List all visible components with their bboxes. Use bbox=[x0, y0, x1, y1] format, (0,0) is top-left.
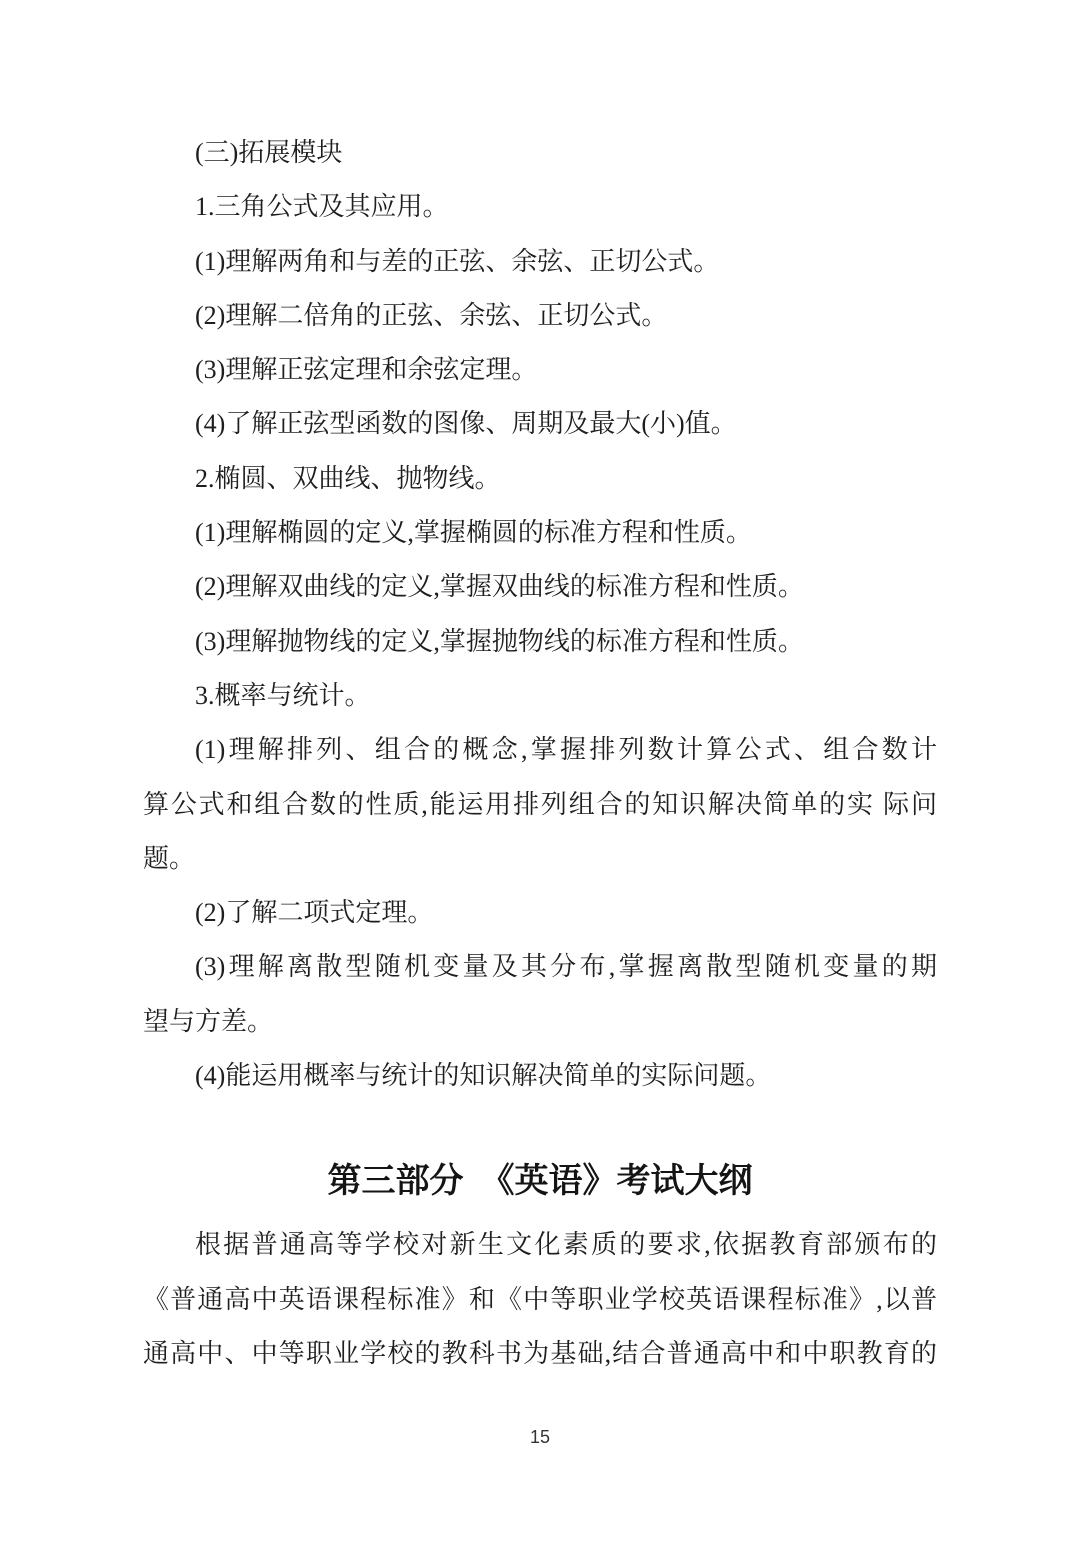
syllabus-line: 3.概率与统计。 bbox=[143, 669, 937, 723]
section-heading: 第三部分 《英语》考试大纲 bbox=[143, 1153, 937, 1209]
syllabus-line: (1)理解两角和与差的正弦、余弦、正切公式。 bbox=[143, 235, 937, 289]
syllabus-line: (4)能运用概率与统计的知识解决简单的实际问题。 bbox=[143, 1049, 937, 1103]
syllabus-line: (3)理解正弦定理和余弦定理。 bbox=[143, 343, 937, 397]
syllabus-line: (3)理解抛物线的定义,掌握抛物线的标准方程和性质。 bbox=[143, 615, 937, 669]
paragraph-line: 通高中、中等职业学校的教科书为基础,结合普通高中和中职教育的 bbox=[143, 1327, 937, 1381]
syllabus-line: (3)理解离散型随机变量及其分布,掌握离散型随机变量的期 bbox=[143, 940, 937, 994]
paragraph-line: 《普通高中英语课程标准》和《中等职业学校英语课程标准》,以普 bbox=[143, 1273, 937, 1327]
syllabus-line: (三)拓展模块 bbox=[143, 126, 937, 180]
syllabus-line: 算公式和组合数的性质,能运用排列组合的知识解决简单的实 际问 bbox=[143, 778, 937, 832]
page-number: 15 bbox=[143, 1425, 937, 1449]
syllabus-line: (2)理解双曲线的定义,掌握双曲线的标准方程和性质。 bbox=[143, 560, 937, 614]
syllabus-line: (4)了解正弦型函数的图像、周期及最大(小)值。 bbox=[143, 397, 937, 451]
syllabus-line: 题。 bbox=[143, 832, 937, 886]
syllabus-line: 2.椭圆、双曲线、抛物线。 bbox=[143, 452, 937, 506]
paragraph-line: 根据普通高等学校对新生文化素质的要求,依据教育部颁布的 bbox=[143, 1218, 937, 1272]
page-content: (三)拓展模块 1.三角公式及其应用。 (1)理解两角和与差的正弦、余弦、正切公… bbox=[0, 0, 1080, 1449]
syllabus-line: (1)理解椭圆的定义,掌握椭圆的标准方程和性质。 bbox=[143, 506, 937, 560]
syllabus-line: (2)了解二项式定理。 bbox=[143, 886, 937, 940]
syllabus-line: (1)理解排列、组合的概念,掌握排列数计算公式、组合数计 bbox=[143, 723, 937, 777]
syllabus-line: 望与方差。 bbox=[143, 995, 937, 1049]
syllabus-line: 1.三角公式及其应用。 bbox=[143, 180, 937, 234]
syllabus-line: (2)理解二倍角的正弦、余弦、正切公式。 bbox=[143, 289, 937, 343]
document-page: (三)拓展模块 1.三角公式及其应用。 (1)理解两角和与差的正弦、余弦、正切公… bbox=[0, 0, 1080, 1550]
